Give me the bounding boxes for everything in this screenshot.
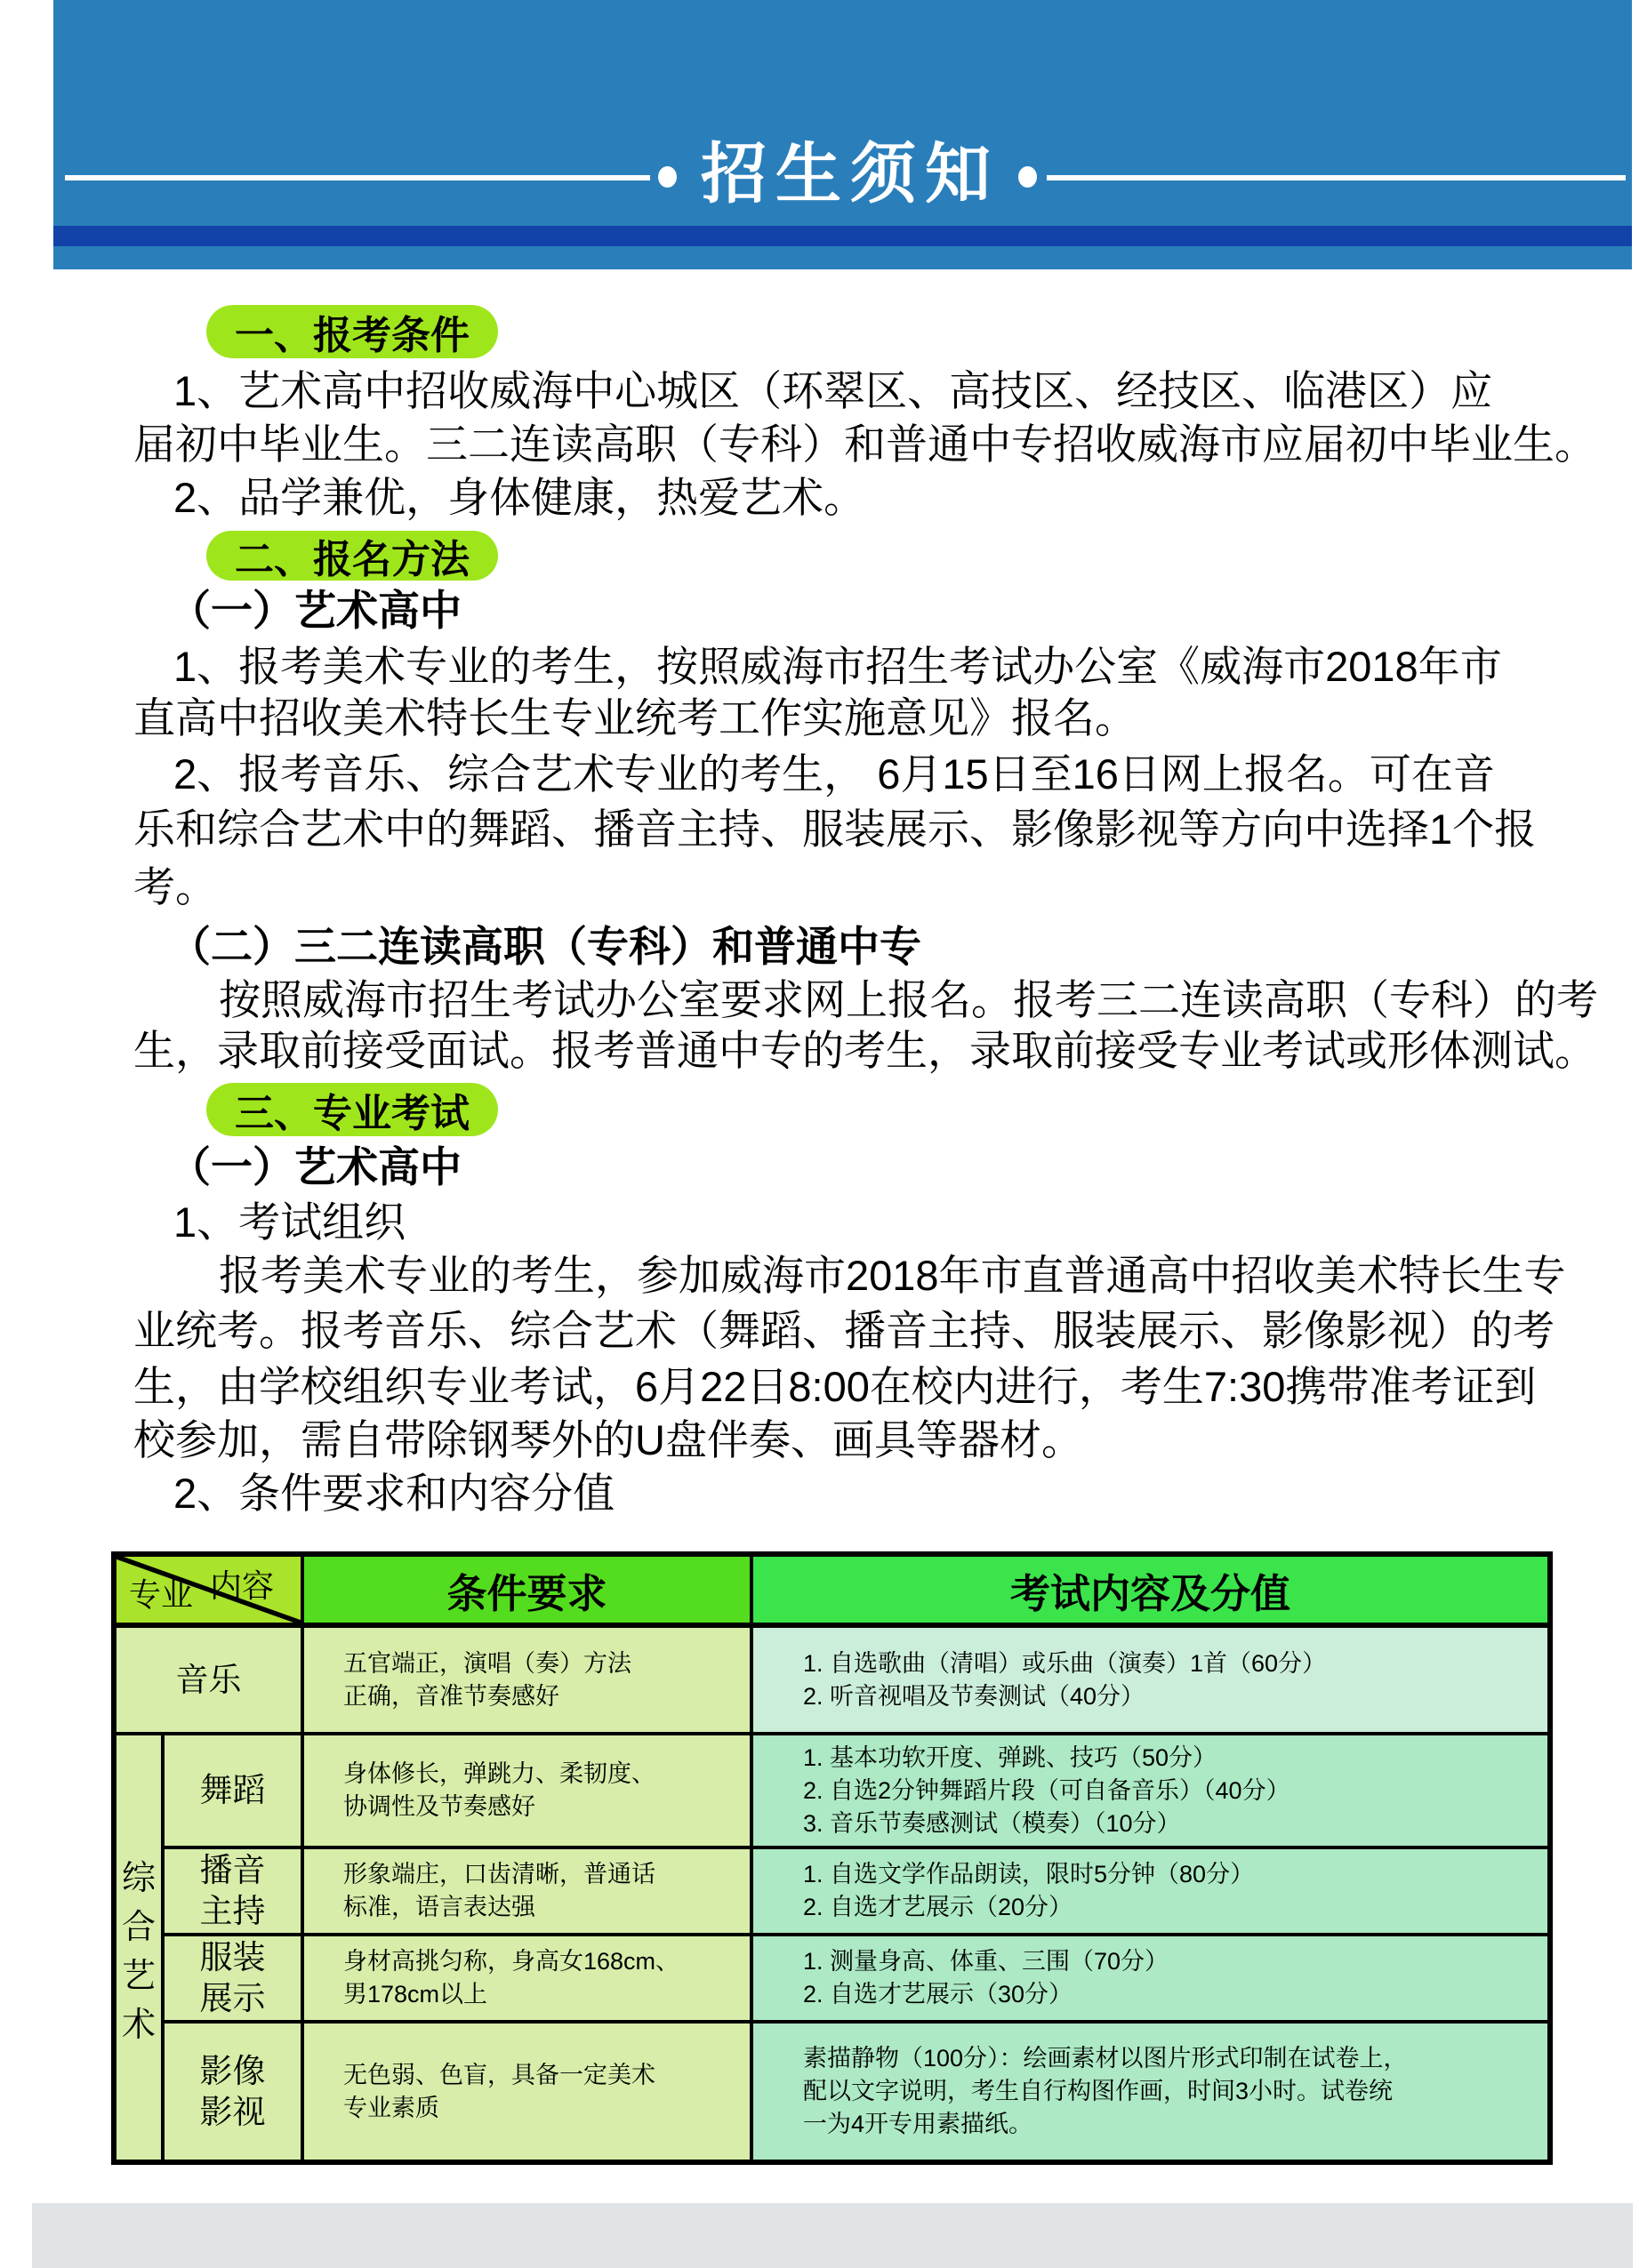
requirements-cell-dance: 身体修长，弹跳力、柔韧度、 协调性及节奏感好 bbox=[302, 1734, 751, 1847]
subject-line: 主持 bbox=[165, 1891, 300, 1932]
table-row-broadcast: 播音 主持 形象端庄，口齿清晰，普通话 标准，语言表达强 1. 自选文学作品朗读… bbox=[114, 1847, 1550, 1935]
requirements-cell-fashion: 身材高挑匀称，身高女168cm、 男178cm以上 bbox=[302, 1935, 751, 2022]
subject-cell-fashion: 服装 展示 bbox=[163, 1935, 302, 2022]
exam-item: 1. 基本功软开度、弹跳、技巧（50分） bbox=[803, 1742, 1533, 1775]
subject-cell-broadcast: 播音 主持 bbox=[163, 1847, 302, 1935]
exam-item: 2. 自选才艺展示（20分） bbox=[803, 1891, 1533, 1924]
requirement-line: 形象端庄，口齿清晰，普通话 bbox=[343, 1858, 735, 1891]
group-char: 综 bbox=[122, 1850, 156, 1899]
column-header-exam-content: 考试内容及分值 bbox=[751, 1554, 1550, 1625]
paragraph-line: 报考美术专业的考生，参加威海市2018年市直普通高中招收美术特长生专 bbox=[219, 1253, 1566, 1299]
group-char: 合 bbox=[122, 1899, 156, 1948]
paragraph-line: 1、考试组织 bbox=[173, 1199, 406, 1246]
admission-notice-page: 招生须知 一、报考条件 1、艺术高中招收威海中心城区（环翠区、高技区、经技区、临… bbox=[0, 0, 1639, 2268]
subject-line: 播音 bbox=[165, 1850, 300, 1891]
table-row-film: 影像 影视 无色弱、色盲，具备一定美术 专业素质 素描静物（100分）：绘画素材… bbox=[114, 2022, 1550, 2162]
paragraph-line: 按照威海市招生考试办公室要求网上报名。报考三二连读高职（专科）的考 bbox=[219, 977, 1598, 1023]
exam-item: 2. 自选才艺展示（30分） bbox=[803, 1978, 1533, 2011]
page-title: 招生须知 bbox=[701, 136, 1000, 212]
subject-cell-music: 音乐 bbox=[114, 1625, 302, 1734]
corner-label-major: 专业 bbox=[129, 1570, 193, 1615]
table-row-fashion: 服装 展示 身材高挑匀称，身高女168cm、 男178cm以上 1. 测量身高、… bbox=[114, 1935, 1550, 2022]
table-header-row: 内容 专业 条件要求 考试内容及分值 bbox=[114, 1554, 1550, 1625]
paragraph-line: 生，录取前接受面试。报考普通中专的考生，录取前接受专业考试或形体测试。 bbox=[133, 1028, 1596, 1074]
exam-item: 1. 自选歌曲（清唱）或乐曲（演奏）1首（60分） bbox=[803, 1647, 1533, 1680]
paragraph-line: 1、报考美术专业的考生，按照威海市招生考试办公室《威海市2018年市 bbox=[173, 644, 1502, 690]
requirement-line: 身材高挑匀称，身高女168cm、 bbox=[343, 1945, 735, 1978]
section-badge-application-conditions: 一、报考条件 bbox=[206, 305, 498, 358]
table-corner-cell: 内容 专业 bbox=[114, 1554, 302, 1625]
paragraph-line: 乐和综合艺术中的舞蹈、播音主持、服装展示、影像影视等方向中选择1个报 bbox=[133, 806, 1536, 853]
banner-dot-left-icon bbox=[658, 166, 677, 188]
paragraph-line: 业统考。报考音乐、综合艺术（舞蹈、播音主持、服装展示、影像影视）的考 bbox=[133, 1308, 1555, 1354]
banner-stripe bbox=[53, 226, 1632, 246]
exam-item: 1. 测量身高、体重、三围（70分） bbox=[803, 1945, 1533, 1978]
section-badge-professional-exam: 三、专业考试 bbox=[206, 1083, 498, 1136]
banner: 招生须知 bbox=[53, 0, 1632, 269]
table-row-dance: 综 合 艺 术 舞蹈 身体修长，弹跳力、柔韧度、 协调性及节奏感好 1. 基本功… bbox=[114, 1734, 1550, 1847]
paragraph-line: 1、艺术高中招收威海中心城区（环翠区、高技区、经技区、临港区）应 bbox=[173, 368, 1492, 414]
section-badge-registration-method: 二、报名方法 bbox=[206, 531, 498, 581]
requirements-cell-film: 无色弱、色盲，具备一定美术 专业素质 bbox=[302, 2022, 751, 2162]
banner-rule-left bbox=[65, 175, 650, 180]
paragraph-line: 2、报考音乐、综合艺术专业的考生， 6月15日至16日网上报名。可在音 bbox=[173, 751, 1495, 797]
corner-label-content: 内容 bbox=[210, 1561, 274, 1607]
requirement-line: 男178cm以上 bbox=[343, 1978, 735, 2011]
subject-cell-dance: 舞蹈 bbox=[163, 1734, 302, 1847]
paragraph-line: 考。 bbox=[133, 864, 217, 910]
exam-item: 配以文字说明，考生自行构图作画，时间3小时。试卷统 bbox=[803, 2075, 1533, 2108]
requirements-cell-music: 五官端正，演唱（奏）方法 正确，音准节奏感好 bbox=[302, 1625, 751, 1734]
requirement-line: 身体修长，弹跳力、柔韧度、 bbox=[343, 1758, 735, 1791]
exam-cell-film: 素描静物（100分）：绘画素材以图片形式印制在试卷上， 配以文字说明，考生自行构… bbox=[751, 2022, 1550, 2162]
exam-cell-fashion: 1. 测量身高、体重、三围（70分） 2. 自选才艺展示（30分） bbox=[751, 1935, 1550, 2022]
requirement-line: 五官端正，演唱（奏）方法 bbox=[343, 1647, 735, 1680]
group-char: 术 bbox=[122, 1997, 156, 2046]
exam-item: 2. 自选2分钟舞蹈片段（可自备音乐）（40分） bbox=[803, 1775, 1533, 1807]
exam-item: 2. 听音视唱及节奏测试（40分） bbox=[803, 1680, 1533, 1713]
banner-dot-right-icon bbox=[1018, 166, 1037, 188]
group-label-vertical: 综 合 艺 术 bbox=[116, 1850, 161, 2046]
exam-item: 1. 自选文学作品朗读，限时5分钟（80分） bbox=[803, 1858, 1533, 1891]
paragraph-line: 校参加，需自带除钢琴外的U盘伴奏、画具等器材。 bbox=[133, 1417, 1083, 1463]
paragraph-line: 直高中招收美术特长生专业统考工作实施意见》报名。 bbox=[133, 695, 1137, 741]
exam-cell-dance: 1. 基本功软开度、弹跳、技巧（50分） 2. 自选2分钟舞蹈片段（可自备音乐）… bbox=[751, 1734, 1550, 1847]
requirement-line: 协调性及节奏感好 bbox=[343, 1791, 735, 1823]
subsection-heading: （二）三二连读高职（专科）和普通中专 bbox=[169, 924, 921, 970]
paragraph-line: 届初中毕业生。三二连读高职（专科）和普通中专招收威海市应届初中毕业生。 bbox=[133, 421, 1596, 468]
subject-line: 影像 bbox=[165, 2051, 300, 2092]
subsection-heading: （一）艺术高中 bbox=[169, 1144, 462, 1190]
requirement-line: 标准，语言表达强 bbox=[343, 1891, 735, 1924]
footer-band bbox=[32, 2203, 1633, 2268]
exam-item: 一为4开专用素描纸。 bbox=[803, 2108, 1533, 2141]
group-char: 艺 bbox=[122, 1948, 156, 1997]
exam-item: 素描静物（100分）：绘画素材以图片形式印制在试卷上， bbox=[803, 2042, 1533, 2075]
exam-cell-music: 1. 自选歌曲（清唱）或乐曲（演奏）1首（60分） 2. 听音视唱及节奏测试（4… bbox=[751, 1625, 1550, 1734]
group-cell-comprehensive-art: 综 合 艺 术 bbox=[114, 1734, 163, 2162]
requirement-line: 正确，音准节奏感好 bbox=[343, 1680, 735, 1713]
requirement-line: 专业素质 bbox=[343, 2092, 735, 2125]
paragraph-line: 2、条件要求和内容分值 bbox=[173, 1471, 615, 1517]
exam-cell-broadcast: 1. 自选文学作品朗读，限时5分钟（80分） 2. 自选才艺展示（20分） bbox=[751, 1847, 1550, 1935]
paragraph-line: 生，由学校组织专业考试，6月22日8:00在校内进行，考生7:30携带准考证到 bbox=[133, 1364, 1536, 1410]
table-row-music: 音乐 五官端正，演唱（奏）方法 正确，音准节奏感好 1. 自选歌曲（清唱）或乐曲… bbox=[114, 1625, 1550, 1734]
requirements-cell-broadcast: 形象端庄，口齿清晰，普通话 标准，语言表达强 bbox=[302, 1847, 751, 1935]
column-header-requirements: 条件要求 bbox=[302, 1554, 751, 1625]
subject-cell-film: 影像 影视 bbox=[163, 2022, 302, 2162]
banner-rule-right bbox=[1047, 175, 1626, 180]
subject-line: 展示 bbox=[165, 1978, 300, 2019]
subsection-heading: （一）艺术高中 bbox=[169, 588, 462, 634]
exam-item: 3. 音乐节奏感测试（模奏）（10分） bbox=[803, 1807, 1533, 1840]
subject-line: 服装 bbox=[165, 1937, 300, 1978]
requirement-line: 无色弱、色盲，具备一定美术 bbox=[343, 2059, 735, 2092]
paragraph-line: 2、品学兼优，身体健康，热爱艺术。 bbox=[173, 475, 865, 521]
subject-line: 影视 bbox=[165, 2092, 300, 2133]
exam-requirements-table: 内容 专业 条件要求 考试内容及分值 音乐 五官端正，演唱（奏）方法 正确，音准… bbox=[111, 1551, 1553, 2165]
